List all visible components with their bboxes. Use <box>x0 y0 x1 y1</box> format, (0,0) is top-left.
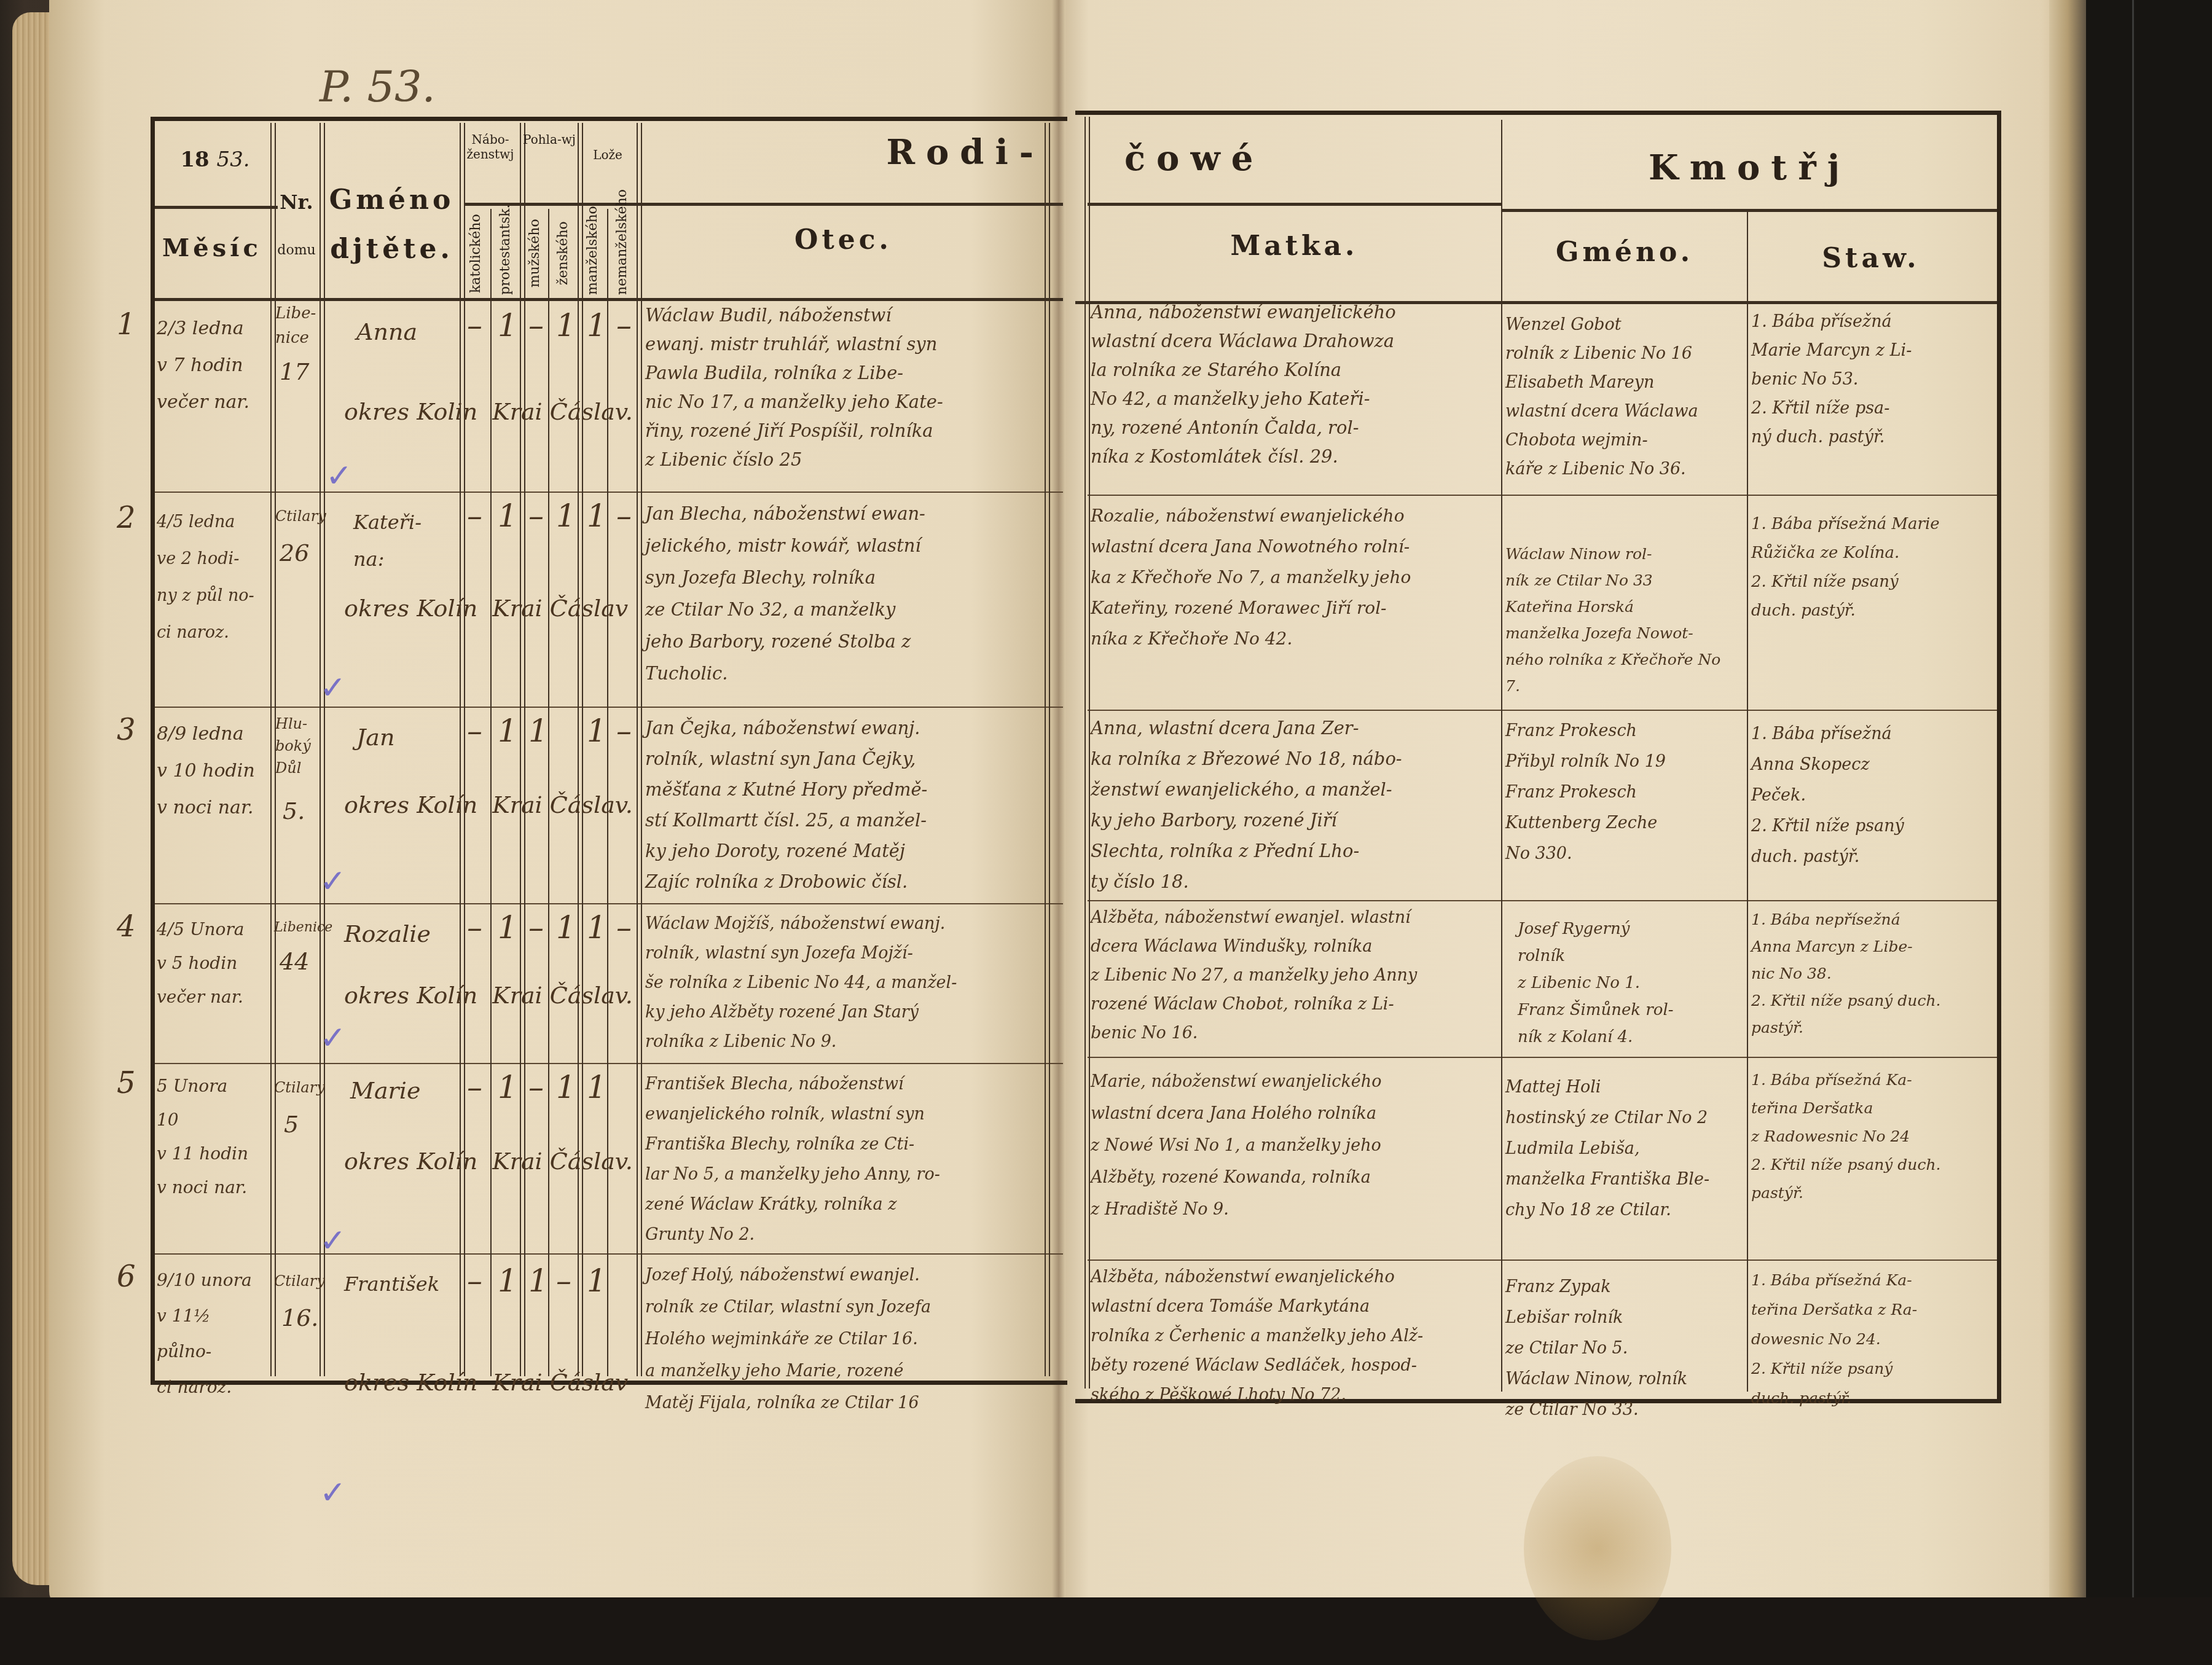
header-divider-godparents <box>1502 209 1997 212</box>
row-separator <box>1088 495 1997 496</box>
entry-date: 4/5 ledna ve 2 hodi- ny z půl no- ci nar… <box>157 504 270 651</box>
entry-status: 1. Bába přísežná Marie Marcyn z Li- beni… <box>1751 307 1994 452</box>
entry-godparent: Franz Zypak Lebišar rolník ze Ctilar No … <box>1505 1272 1745 1425</box>
checkmark: ✓ <box>320 670 347 707</box>
row-separator <box>155 707 1063 708</box>
col-line-mother-right <box>1501 120 1502 1392</box>
header-religion: Nábo-ženstwj <box>462 132 519 162</box>
entry-house: 5 <box>284 1106 299 1143</box>
entry-status: 1. Bába nepřísežná Anna Marcyn z Libe- n… <box>1751 906 1994 1041</box>
year-handwritten: 53. <box>217 147 250 172</box>
entry-godparent: Josef Rygerný rolník z Libenic No 1. Fra… <box>1518 915 1745 1051</box>
entry-protestant: 1 <box>498 498 517 535</box>
entry-district: okres Kolin Krai Čáslav. <box>344 393 639 430</box>
entry-status: 1. Bába přísežná Ka- teřina Deršatka z R… <box>1751 1266 1994 1413</box>
entry-male: – <box>528 909 544 946</box>
entry-district: okres Kolín Krai Čáslav. <box>344 977 639 1014</box>
entry-child: Kateři- na: <box>353 504 458 578</box>
row-separator <box>1088 900 1997 901</box>
page-number: P. 53. <box>320 61 436 112</box>
entry-father: František Blecha, náboženstwí ewanjelick… <box>645 1069 1045 1250</box>
header-godparent-name: Gméno. <box>1502 237 1747 268</box>
entry-male: – <box>528 498 544 535</box>
entry-status: 1. Bába přísežná Anna Skopecz Peček. 2. … <box>1751 719 1994 872</box>
entry-status: 1. Bába přísežná Ka- teřina Deršatka z R… <box>1751 1066 1994 1207</box>
entry-mother: Marie, náboženstwí ewanjelického wlastní… <box>1091 1066 1499 1226</box>
entry-catholic: – <box>467 307 482 344</box>
checkmark: ✓ <box>320 863 347 900</box>
entry-district: okres Kolín Krai Čáslav <box>344 1364 639 1401</box>
col-line-name <box>460 123 465 1376</box>
entry-godparent: Wenzel Gobot rolník z Libenic No 16 Elis… <box>1505 310 1745 484</box>
background-bottom <box>0 1597 2212 1665</box>
entry-district: okres Kolín Krai Čáslav <box>344 590 639 627</box>
entry-mother: Anna, wlastní dcera Jana Zer- ka rolníka… <box>1091 713 1499 897</box>
entry-district: okres Kolín Krai Čáslav. <box>344 1143 639 1180</box>
entry-father: Wáclaw Mojžíš, náboženstwí ewanj. rolník… <box>645 909 1045 1057</box>
entry-legit: 1 <box>587 307 606 344</box>
entry-place: Ctilary <box>274 1263 324 1299</box>
row-separator <box>155 1253 1063 1255</box>
page-edges-right <box>2049 0 2086 1597</box>
header-female: ženského <box>555 212 571 295</box>
row-number: 6 <box>117 1260 136 1294</box>
entry-district: okres Kolín Krai Čáslav. <box>344 786 639 823</box>
row-separator <box>155 1063 1063 1064</box>
entry-date: 5 Unora 10 v 11 hodin v noci nar. <box>157 1069 270 1204</box>
entry-father: Jozef Holý, náboženstwí ewanjel. rolník … <box>645 1260 1045 1419</box>
entry-male: – <box>528 307 544 344</box>
entry-illegit: – <box>616 307 632 344</box>
header-nr-sub: domu <box>273 243 320 258</box>
col-line-father-right <box>1045 123 1050 1376</box>
entry-female: – <box>556 1263 571 1299</box>
entry-place: Hlu- boký Důl <box>275 713 324 779</box>
header-mother: Matka. <box>1088 230 1501 262</box>
entry-male: – <box>528 1069 544 1106</box>
header-month: Měsíc <box>154 233 270 262</box>
entry-male: 1 <box>528 1263 548 1299</box>
entry-mother: Anna, náboženstwí ewanjelického wlastní … <box>1091 298 1499 471</box>
year-prefix: 18 <box>180 147 209 172</box>
entry-place: Libe- nice <box>275 301 324 350</box>
entry-female: 1 <box>556 307 576 344</box>
entry-legit: 1 <box>587 713 606 750</box>
entry-catholic: – <box>467 1069 482 1106</box>
header-legitimate: manželského <box>585 212 600 295</box>
header-nr: Nr. <box>273 190 320 214</box>
entry-mother: Alžběta, náboženstwí ewanjel. wlastní dc… <box>1091 903 1499 1048</box>
entry-female: 1 <box>556 909 576 946</box>
entry-date: 4/5 Unora v 5 hodin večer nar. <box>157 912 270 1014</box>
entry-legit: 1 <box>587 1263 606 1299</box>
entry-male: 1 <box>528 713 548 750</box>
entry-child: Rozalie <box>344 915 431 952</box>
row-separator <box>1088 1260 1997 1261</box>
header-divider-parents-right <box>1088 203 1502 206</box>
row-separator <box>1088 710 1997 711</box>
entry-date: 2/3 ledna v 7 hodin večer nar. <box>157 310 270 421</box>
entry-female: 1 <box>556 1069 576 1106</box>
col-line-godparent-name <box>1747 212 1748 1392</box>
entry-legit: 1 <box>587 1069 606 1106</box>
entry-date: 9/10 unora v 11½ půlno- ci naroz. <box>157 1263 270 1405</box>
entry-illegit: – <box>616 909 632 946</box>
entry-catholic: – <box>467 498 482 535</box>
entry-catholic: – <box>467 713 482 750</box>
row-number: 5 <box>117 1066 136 1100</box>
book-spine <box>2086 0 2212 1665</box>
header-sex: Pohla-wj <box>522 132 576 147</box>
entry-protestant: 1 <box>498 713 517 750</box>
water-stain <box>1524 1456 1671 1640</box>
entry-father: Jan Čejka, náboženstwí ewanj. rolník, wl… <box>645 713 1045 897</box>
checkmark: ✓ <box>320 1475 347 1511</box>
header-godparents: Kmotřj <box>1502 147 1997 188</box>
col-line-religion <box>520 123 525 1376</box>
header-parents-left: Rodi- <box>873 132 1045 173</box>
entry-mother: Alžběta, náboženstwí ewanjelického wlast… <box>1091 1263 1499 1410</box>
entry-godparent: Franz Prokesch Přibyl rolník No 19 Franz… <box>1505 716 1745 869</box>
row-separator <box>155 492 1063 493</box>
checkmark: ✓ <box>320 1223 347 1260</box>
entry-illegit: – <box>616 713 632 750</box>
entry-protestant: 1 <box>498 909 517 946</box>
entry-house: 16. <box>281 1299 318 1336</box>
entry-father: Wáclaw Budil, náboženstwí ewanj. mistr t… <box>645 301 1045 474</box>
entry-female: 1 <box>556 498 576 535</box>
row-number: 4 <box>117 909 136 944</box>
entry-mother: Rozalie, náboženstwí ewanjelického wlast… <box>1091 501 1499 654</box>
row-number: 2 <box>117 501 136 535</box>
header-divider-parents-left <box>642 203 1063 206</box>
checkmark: ✓ <box>326 458 353 495</box>
header-protestant: protestantsk. <box>498 212 513 295</box>
row-separator <box>1088 1057 1997 1058</box>
entry-illegit: – <box>616 498 632 535</box>
entry-status: 1. Bába přísežná Marie Růžička ze Kolína… <box>1751 510 1994 625</box>
entry-house: 26 <box>280 535 309 571</box>
entry-protestant: 1 <box>498 307 517 344</box>
entry-catholic: – <box>467 1263 482 1299</box>
col-line-mother-left <box>1084 117 1090 1389</box>
entry-child: Marie <box>350 1072 420 1109</box>
row-number: 1 <box>117 307 136 342</box>
entry-house: 44 <box>280 943 309 980</box>
year-label: 18 53. <box>172 147 258 172</box>
header-father: Otec. <box>642 224 1045 256</box>
entry-child: Jan <box>356 719 394 756</box>
entry-child: František <box>344 1266 439 1303</box>
entry-catholic: – <box>467 909 482 946</box>
header-illegitimate: nemanželského <box>614 212 630 295</box>
entry-godparent: Mattej Holi hostinský ze Ctilar No 2 Lud… <box>1505 1072 1745 1226</box>
entry-protestant: 1 <box>498 1069 517 1106</box>
entry-child: Anna <box>356 313 417 350</box>
col-line-birth <box>637 123 642 1376</box>
entry-house: 17 <box>280 353 309 390</box>
header-catholic: katolického <box>468 212 484 295</box>
entry-place: Libenice <box>274 909 324 946</box>
entry-father: Jan Blecha, náboženstwí ewan- jelického,… <box>645 498 1045 689</box>
row-number: 3 <box>117 713 136 747</box>
entry-godparent: Wáclaw Ninow rol- ník ze Ctilar No 33 Ka… <box>1505 541 1745 699</box>
header-child-name-1: Gméno <box>323 184 461 216</box>
col-line-sex <box>578 123 583 1376</box>
header-godparent-status: Staw. <box>1748 243 1994 274</box>
header-parents-right: čowé <box>1124 138 1272 179</box>
entry-house: 5. <box>283 793 305 829</box>
spine-seam <box>2132 0 2134 1665</box>
entry-date: 8/9 ledna v 10 hodin v noci nar. <box>157 716 270 826</box>
header-child-name-2: djtěte. <box>323 233 461 265</box>
header-divider-left <box>155 206 278 209</box>
entry-legit: 1 <box>587 909 606 946</box>
entry-place: Ctilary <box>275 498 324 535</box>
row-separator <box>155 903 1063 904</box>
header-male: mužského <box>527 212 543 295</box>
header-birth: Lože <box>580 147 635 162</box>
entry-legit: 1 <box>587 498 606 535</box>
entry-place: Ctilary <box>274 1069 324 1106</box>
entry-protestant: 1 <box>498 1263 517 1299</box>
checkmark: ✓ <box>320 1020 347 1057</box>
